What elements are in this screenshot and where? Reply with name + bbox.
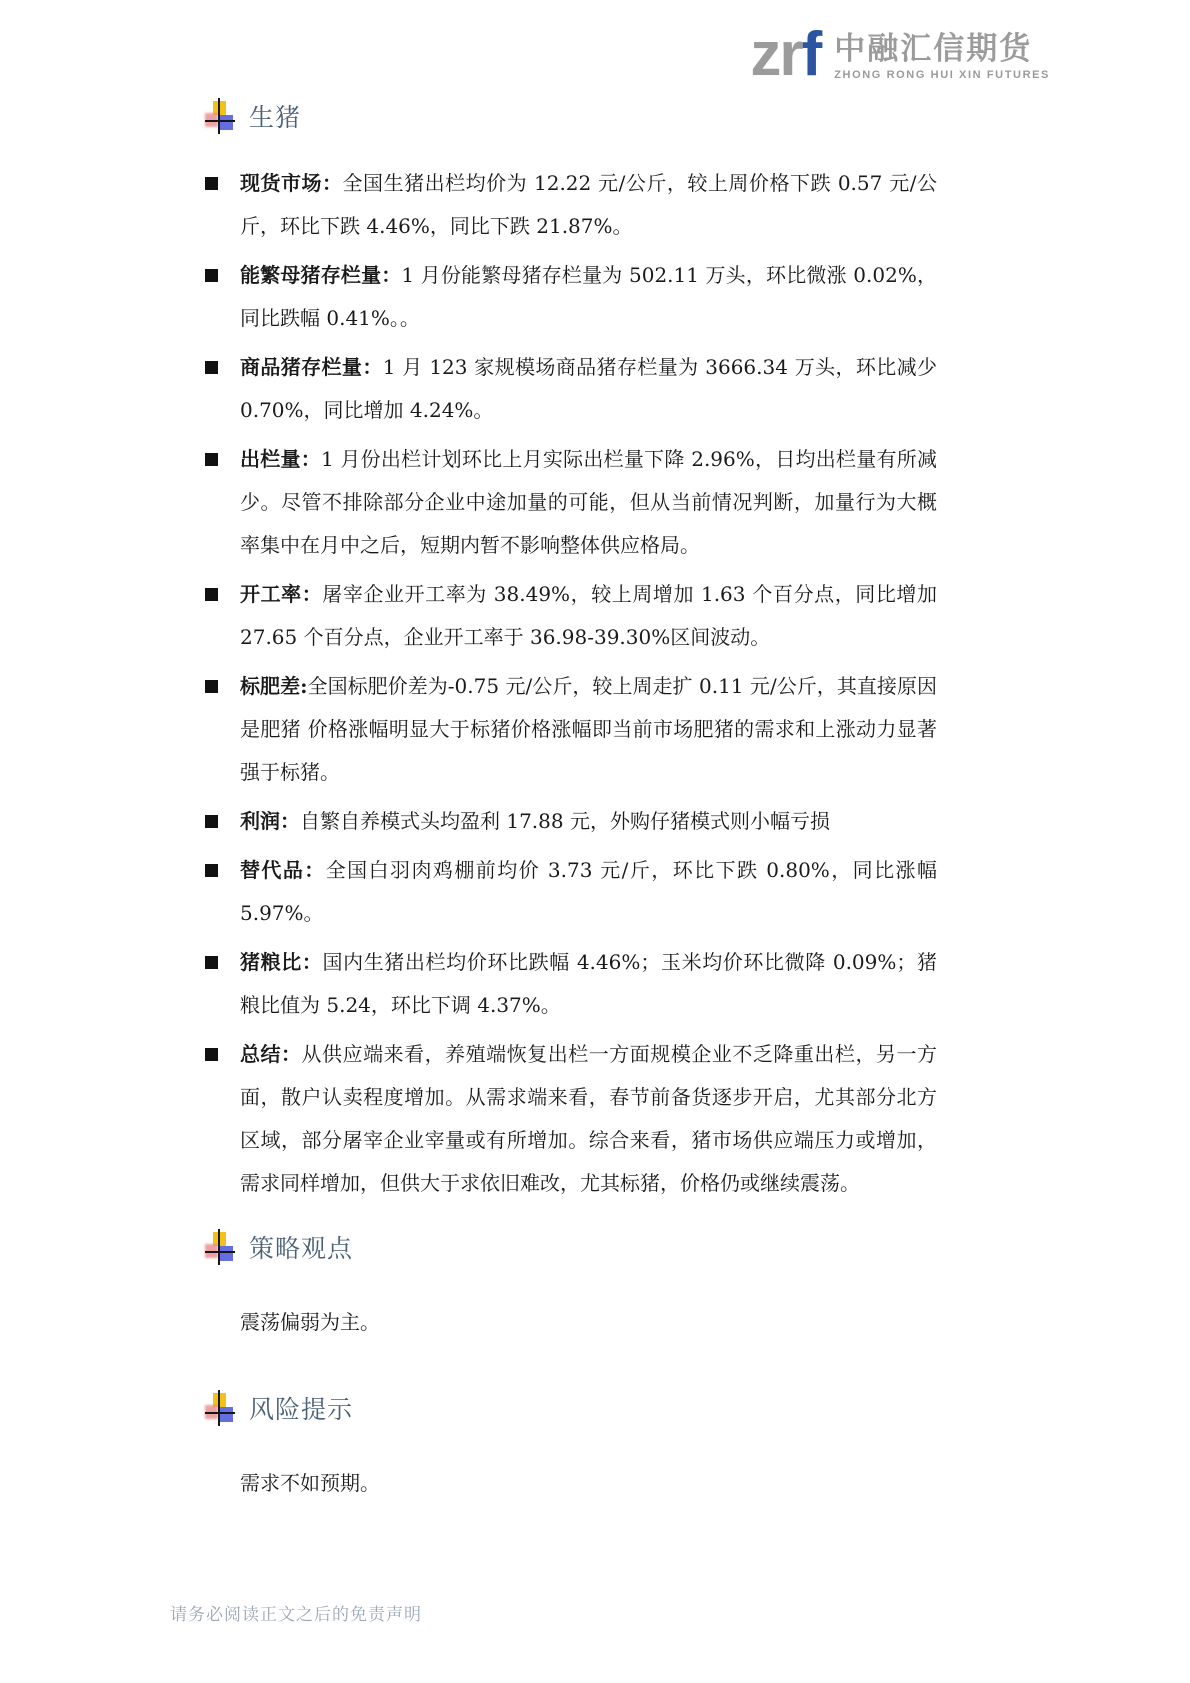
bullet-label: 出栏量：: [240, 447, 321, 471]
icon-cross-vertical: [218, 98, 220, 134]
bullet-operating-rate: 开工率：屠宰企业开工率为 38.49%，较上周增加 1.63 个百分点，同比增加…: [205, 573, 937, 659]
bullet-substitutes: 替代品：全国白羽肉鸡棚前均价 3.73 元/斤，环比下跌 0.80%，同比涨幅 …: [205, 849, 937, 935]
bullet-slaughter-volume: 出栏量：1 月份出栏计划环比上月实际出栏量下降 2.96%，日均出栏量有所减少。…: [205, 438, 937, 567]
icon-cross-horizontal: [205, 1412, 235, 1414]
logo-company-name-en: ZHONG RONG HUI XIN FUTURES: [834, 69, 1050, 81]
bullet-label: 商品猪存栏量：: [240, 355, 383, 379]
bullet-square-icon: [205, 177, 218, 190]
bullet-summary: 总结：从供应端来看，养殖端恢复出栏一方面规模企业不乏降重出栏，另一方面，散户认卖…: [205, 1033, 937, 1205]
bullet-text: 全国标肥价差为-0.75 元/公斤，较上周走扩 0.11 元/公斤，其直接原因是…: [240, 674, 937, 784]
bullet-label: 总结：: [240, 1042, 302, 1066]
bullet-square-icon: [205, 864, 218, 877]
section-header-risk: 风险提示: [205, 1390, 937, 1426]
logo-zrf-mark: zrf: [750, 26, 820, 84]
icon-blue-square: [218, 115, 233, 130]
bullet-square-icon: [205, 361, 218, 374]
bullet-text: 屠宰企业开工率为 38.49%，较上周增加 1.63 个百分点，同比增加 27.…: [240, 582, 937, 649]
bullet-label: 替代品：: [240, 858, 326, 882]
company-logo: zrf 中融汇信期货 ZHONG RONG HUI XIN FUTURES: [750, 26, 1050, 84]
bullet-commodity-pig-inventory: 商品猪存栏量：1 月 123 家规模场商品猪存栏量为 3666.34 万头，环比…: [205, 346, 937, 432]
section-marker-icon: [205, 1229, 235, 1265]
bullet-text: 自繁自养模式头均盈利 17.88 元，外购仔猪模式则小幅亏损: [300, 809, 830, 833]
bullet-square-icon: [205, 680, 218, 693]
section-title: 风险提示: [249, 1390, 353, 1426]
bullet-text: 国内生猪出栏均价环比跌幅 4.46%；玉米均价环比微降 0.09%；猪粮比值为 …: [240, 950, 937, 1017]
logo-names: 中融汇信期货 ZHONG RONG HUI XIN FUTURES: [834, 26, 1050, 81]
bullet-square-icon: [205, 1048, 218, 1061]
logo-zr-text: zr: [750, 20, 801, 89]
bullet-standard-fat-spread: 标肥差:全国标肥价差为-0.75 元/公斤，较上周走扩 0.11 元/公斤，其直…: [205, 665, 937, 794]
bullet-square-icon: [205, 269, 218, 282]
section-title: 生猪: [249, 98, 301, 134]
bullet-text: 全国生猪出栏均价为 12.22 元/公斤，较上周价格下跌 0.57 元/公斤，环…: [240, 171, 937, 238]
bullet-spot-market: 现货市场：全国生猪出栏均价为 12.22 元/公斤，较上周价格下跌 0.57 元…: [205, 162, 937, 248]
section-marker-icon: [205, 1390, 235, 1426]
bullet-sow-inventory: 能繁母猪存栏量：1 月份能繁母猪存栏量为 502.11 万头，环比微涨 0.02…: [205, 254, 937, 340]
icon-cross-horizontal: [205, 120, 235, 122]
section-marker-icon: [205, 98, 235, 134]
report-body: 生猪 现货市场：全国生猪出栏均价为 12.22 元/公斤，较上周价格下跌 0.5…: [205, 98, 937, 1551]
icon-blue-square: [218, 1407, 233, 1422]
icon-cross-vertical: [218, 1229, 220, 1265]
bullet-square-icon: [205, 815, 218, 828]
logo-company-name-cn: 中融汇信期货: [834, 32, 1050, 66]
bullet-label: 开工率：: [240, 582, 322, 606]
section-title: 策略观点: [249, 1229, 353, 1265]
footer-disclaimer: 请务必阅读正文之后的免责声明: [170, 1600, 422, 1625]
bullet-profit: 利润：自繁自养模式头均盈利 17.88 元，外购仔猪模式则小幅亏损: [205, 800, 937, 843]
bullet-pig-grain-ratio: 猪粮比：国内生猪出栏均价环比跌幅 4.46%；玉米均价环比微降 0.09%；猪粮…: [205, 941, 937, 1027]
icon-cross-horizontal: [205, 1251, 235, 1253]
section-header-strategy: 策略观点: [205, 1229, 937, 1265]
risk-paragraph: 需求不如预期。: [240, 1462, 937, 1505]
bullet-square-icon: [205, 588, 218, 601]
icon-cross-vertical: [218, 1390, 220, 1426]
report-page: zrf 中融汇信期货 ZHONG RONG HUI XIN FUTURES 生猪…: [0, 0, 1190, 1683]
bullet-square-icon: [205, 453, 218, 466]
icon-blue-square: [218, 1246, 233, 1261]
bullet-label: 标肥差:: [240, 674, 308, 698]
strategy-paragraph: 震荡偏弱为主。: [240, 1301, 937, 1344]
logo-f-text: f: [802, 20, 821, 89]
bullet-text: 从供应端来看，养殖端恢复出栏一方面规模企业不乏降重出栏，另一方面，散户认卖程度增…: [240, 1042, 937, 1195]
bullet-label: 猪粮比：: [240, 950, 322, 974]
bullet-text: 1 月份出栏计划环比上月实际出栏量下降 2.96%，日均出栏量有所减少。尽管不排…: [240, 447, 937, 557]
bullet-label: 利润：: [240, 809, 300, 833]
bullet-label: 能繁母猪存栏量：: [240, 263, 401, 287]
bullet-square-icon: [205, 956, 218, 969]
bullet-label: 现货市场：: [240, 171, 343, 195]
bullet-text: 全国白羽肉鸡棚前均价 3.73 元/斤，环比下跌 0.80%，同比涨幅 5.97…: [240, 858, 937, 925]
section-header-hogs: 生猪: [205, 98, 937, 134]
